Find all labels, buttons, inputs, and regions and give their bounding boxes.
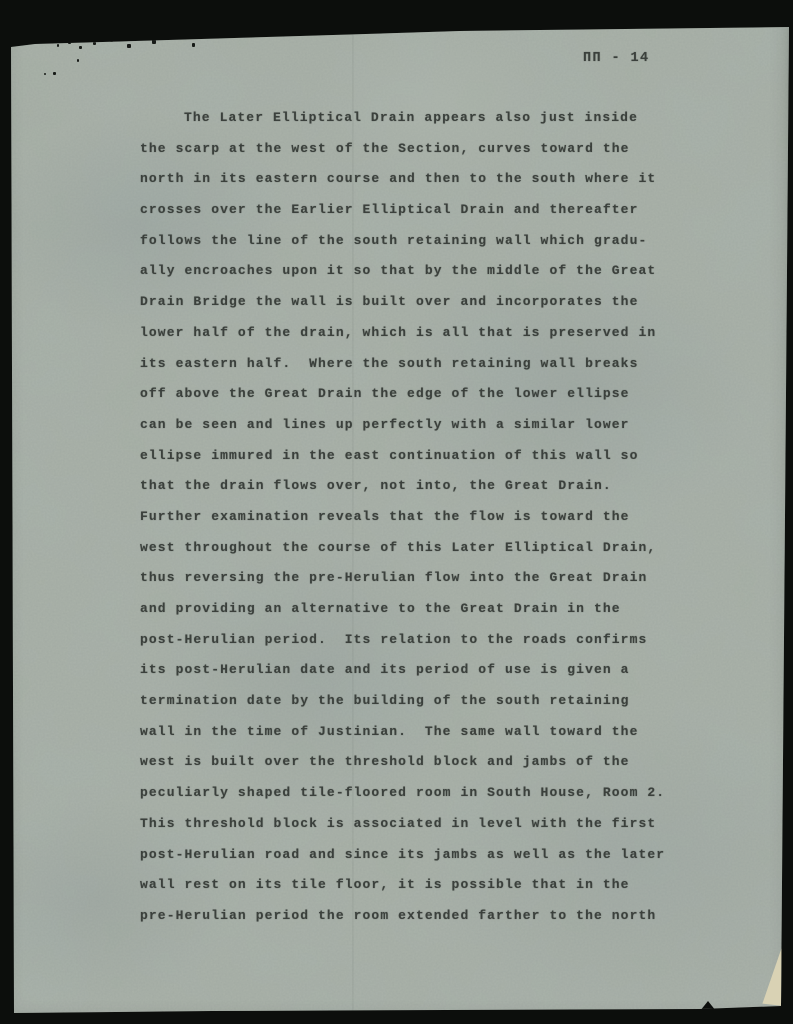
- typewritten-text: The Later Elliptical Drain appears also …: [140, 103, 685, 932]
- scanned-page: ΠΠ - 14 The Later Elliptical Drain appea…: [0, 0, 793, 1024]
- text-line: thus reversing the pre-Herulian flow int…: [140, 563, 685, 594]
- text-line: The Later Elliptical Drain appears also …: [140, 103, 685, 134]
- paper-speck: [79, 46, 82, 49]
- paper-speck: [44, 73, 46, 75]
- text-line: wall rest on its tile floor, it is possi…: [140, 870, 685, 901]
- text-line: Drain Bridge the wall is built over and …: [140, 287, 685, 318]
- text-line: peculiarly shaped tile-floored room in S…: [140, 778, 685, 809]
- text-line: north in its eastern course and then to …: [140, 164, 685, 195]
- text-line: west throughout the course of this Later…: [140, 533, 685, 564]
- page-number: ΠΠ - 14: [583, 51, 650, 66]
- text-line: Further examination reveals that the flo…: [140, 502, 685, 533]
- text-line: post-Herulian period. Its relation to th…: [140, 625, 685, 656]
- paper-sheet: ΠΠ - 14 The Later Elliptical Drain appea…: [0, 0, 793, 1024]
- text-line: west is built over the threshold block a…: [140, 747, 685, 778]
- text-line: its eastern half. Where the south retain…: [140, 349, 685, 380]
- text-line: ally encroaches upon it so that by the m…: [140, 256, 685, 287]
- text-line: wall in the time of Justinian. The same …: [140, 717, 685, 748]
- paper-speck: [93, 42, 96, 45]
- paper-speck: [152, 40, 156, 44]
- paper-speck: [127, 44, 131, 48]
- text-line: ellipse immured in the east continuation…: [140, 441, 685, 472]
- text-line: the scarp at the west of the Section, cu…: [140, 134, 685, 165]
- text-line: off above the Great Drain the edge of th…: [140, 379, 685, 410]
- text-line: follows the line of the south retaining …: [140, 226, 685, 257]
- paper-speck: [192, 43, 195, 47]
- text-line: that the drain flows over, not into, the…: [140, 471, 685, 502]
- paper-speck: [42, 40, 45, 43]
- paper-speck: [53, 72, 56, 75]
- text-line: termination date by the building of the …: [140, 686, 685, 717]
- text-line: lower half of the drain, which is all th…: [140, 318, 685, 349]
- paper-speck: [110, 38, 113, 42]
- text-line: crosses over the Earlier Elliptical Drai…: [140, 195, 685, 226]
- paper-speck: [57, 44, 59, 47]
- text-line: post-Herulian road and since its jambs a…: [140, 840, 685, 871]
- text-line: pre-Herulian period the room extended fa…: [140, 901, 685, 932]
- text-line: and providing an alternative to the Grea…: [140, 594, 685, 625]
- paper-speck: [68, 40, 71, 44]
- text-line: can be seen and lines up perfectly with …: [140, 410, 685, 441]
- text-line: This threshold block is associated in le…: [140, 809, 685, 840]
- paper-speck: [77, 59, 79, 62]
- text-line: its post-Herulian date and its period of…: [140, 655, 685, 686]
